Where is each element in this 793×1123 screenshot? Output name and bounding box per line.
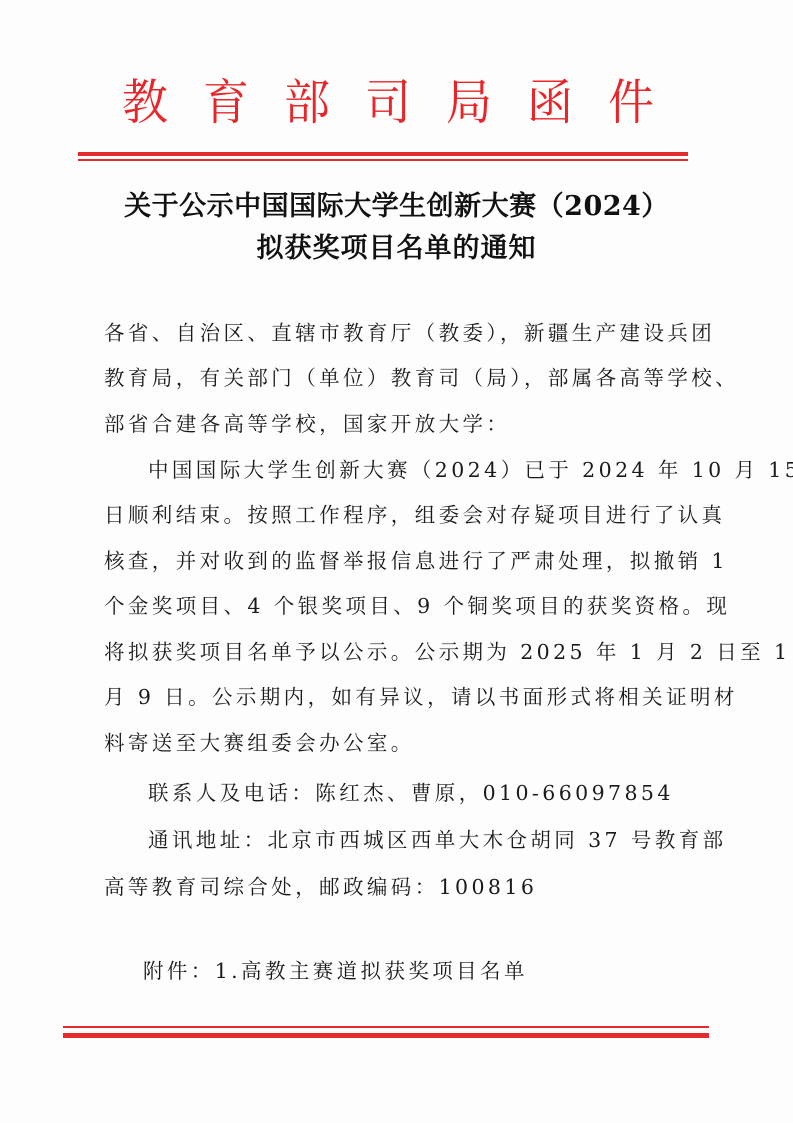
attachment-line: 附件：1.高教主赛道拟获奖项目名单 [143,956,528,986]
paragraph-line: 日顺利结束。按照工作程序，组委会对存疑项目进行了认真 [104,500,725,530]
contact-line: 联系人及电话：陈红杰、曹原，010-66097854 [148,778,674,808]
paragraph-line: 核查，并对收到的监督举报信息进行了严肃处理，拟撤销 1 [104,546,728,576]
document-page: 教 育 部 司 局 函 件 关于公示中国国际大学生创新大赛（2024） 拟获奖项… [0,0,793,1123]
address-line: 高等教育司综合处，邮政编码：100816 [104,872,537,902]
document-title-line2: 拟获奖项目名单的通知 [0,229,793,269]
footer-rule-thick [63,1033,709,1038]
paragraph-line: 中国国际大学生创新大赛（2024）已于 2024 年 10 月 15 [148,455,793,485]
document-title-line1: 关于公示中国国际大学生创新大赛（2024） [0,187,793,227]
letterhead-char: 司 [361,71,415,134]
addressee-line: 教育局，有关部门（单位）教育司（局），部属各高等学校、 [104,363,739,393]
header-rule-thin [78,159,688,161]
paragraph-line: 料寄送至大赛组委会办公室。 [104,728,415,758]
addressee-line: 各省、自治区、直辖市教育厅（教委），新疆生产建设兵团 [104,318,715,348]
letterhead-char: 局 [442,71,496,134]
letterhead-char: 部 [280,71,334,134]
letterhead-char: 教 [118,71,172,134]
address-line: 通讯地址：北京市西城区西单大木仓胡同 37 号教育部 [148,825,727,855]
paragraph-line: 月 9 日。公示期内，如有异议，请以书面形式将相关证明材 [104,682,738,712]
footer-rule-thin [63,1026,709,1028]
letterhead-char: 件 [604,71,658,134]
header-rule-thick [78,152,688,156]
letterhead-title: 教 育 部 司 局 函 件 [118,72,658,132]
paragraph-line: 将拟获奖项目名单予以公示。公示期为 2025 年 1 月 2 日至 1 [104,637,790,667]
addressee-line: 部省合建各高等学校，国家开放大学： [104,409,510,439]
letterhead-char: 函 [523,71,577,134]
paragraph-line: 个金奖项目、4 个银奖项目、9 个铜奖项目的获奖资格。现 [104,591,730,621]
letterhead-char: 育 [199,71,253,134]
